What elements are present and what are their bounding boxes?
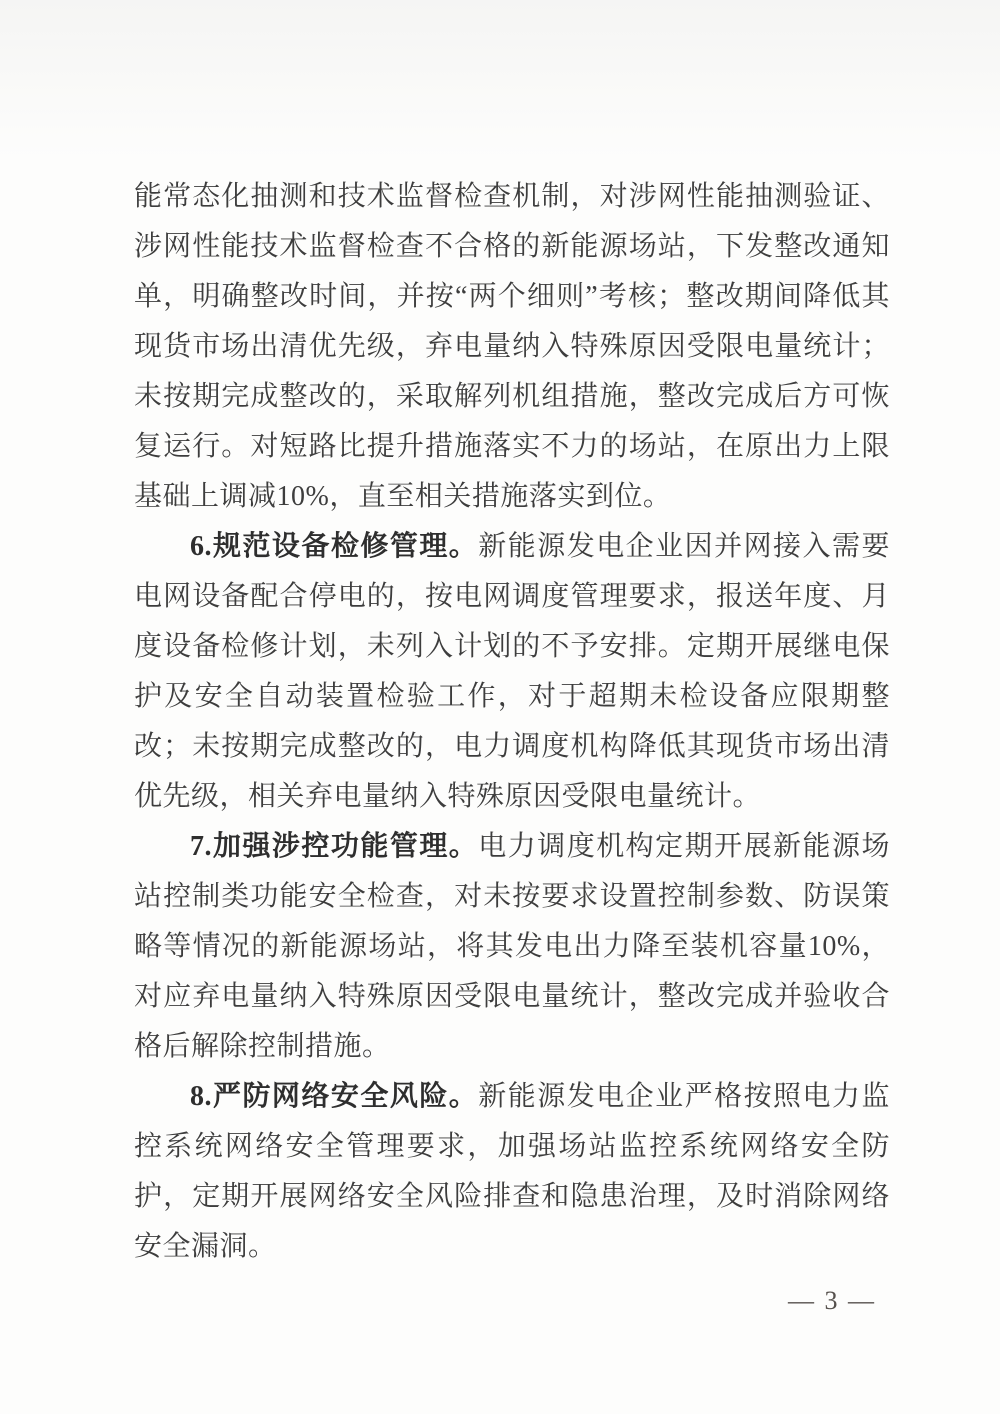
- document-page: 能常态化抽测和技术监督检查机制，对涉网性能抽测验证、涉网性能技术监督检查不合格的…: [0, 0, 1000, 1414]
- paragraph-heading: 8.严防网络安全风险。: [190, 1081, 478, 1112]
- paragraph-heading: 6.规范设备检修管理。: [190, 531, 478, 562]
- paragraph-item-7: 7.加强涉控功能管理。电力调度机构定期开展新能源场站控制类功能安全检查，对未按要…: [134, 822, 890, 1072]
- paragraph-text: 新能源发电企业因并网接入需要电网设备配合停电的，按电网调度管理要求，报送年度、月…: [134, 531, 890, 812]
- paragraph-continuation: 能常态化抽测和技术监督检查机制，对涉网性能抽测验证、涉网性能技术监督检查不合格的…: [134, 172, 890, 522]
- scan-haze: [0, 0, 1000, 160]
- paragraph-text: 电力调度机构定期开展新能源场站控制类功能安全检查，对未按要求设置控制参数、防误策…: [134, 831, 890, 1062]
- paragraph-item-6: 6.规范设备检修管理。新能源发电企业因并网接入需要电网设备配合停电的，按电网调度…: [134, 522, 890, 822]
- paragraph-text: 能常态化抽测和技术监督检查机制，对涉网性能抽测验证、涉网性能技术监督检查不合格的…: [134, 181, 890, 512]
- paragraph-heading: 7.加强涉控功能管理。: [190, 831, 478, 862]
- page-number: — 3 —: [134, 1284, 876, 1318]
- document-text-block: 能常态化抽测和技术监督检查机制，对涉网性能抽测验证、涉网性能技术监督检查不合格的…: [134, 172, 890, 1272]
- paragraph-item-8: 8.严防网络安全风险。新能源发电企业严格按照电力监控系统网络安全管理要求，加强场…: [134, 1072, 890, 1272]
